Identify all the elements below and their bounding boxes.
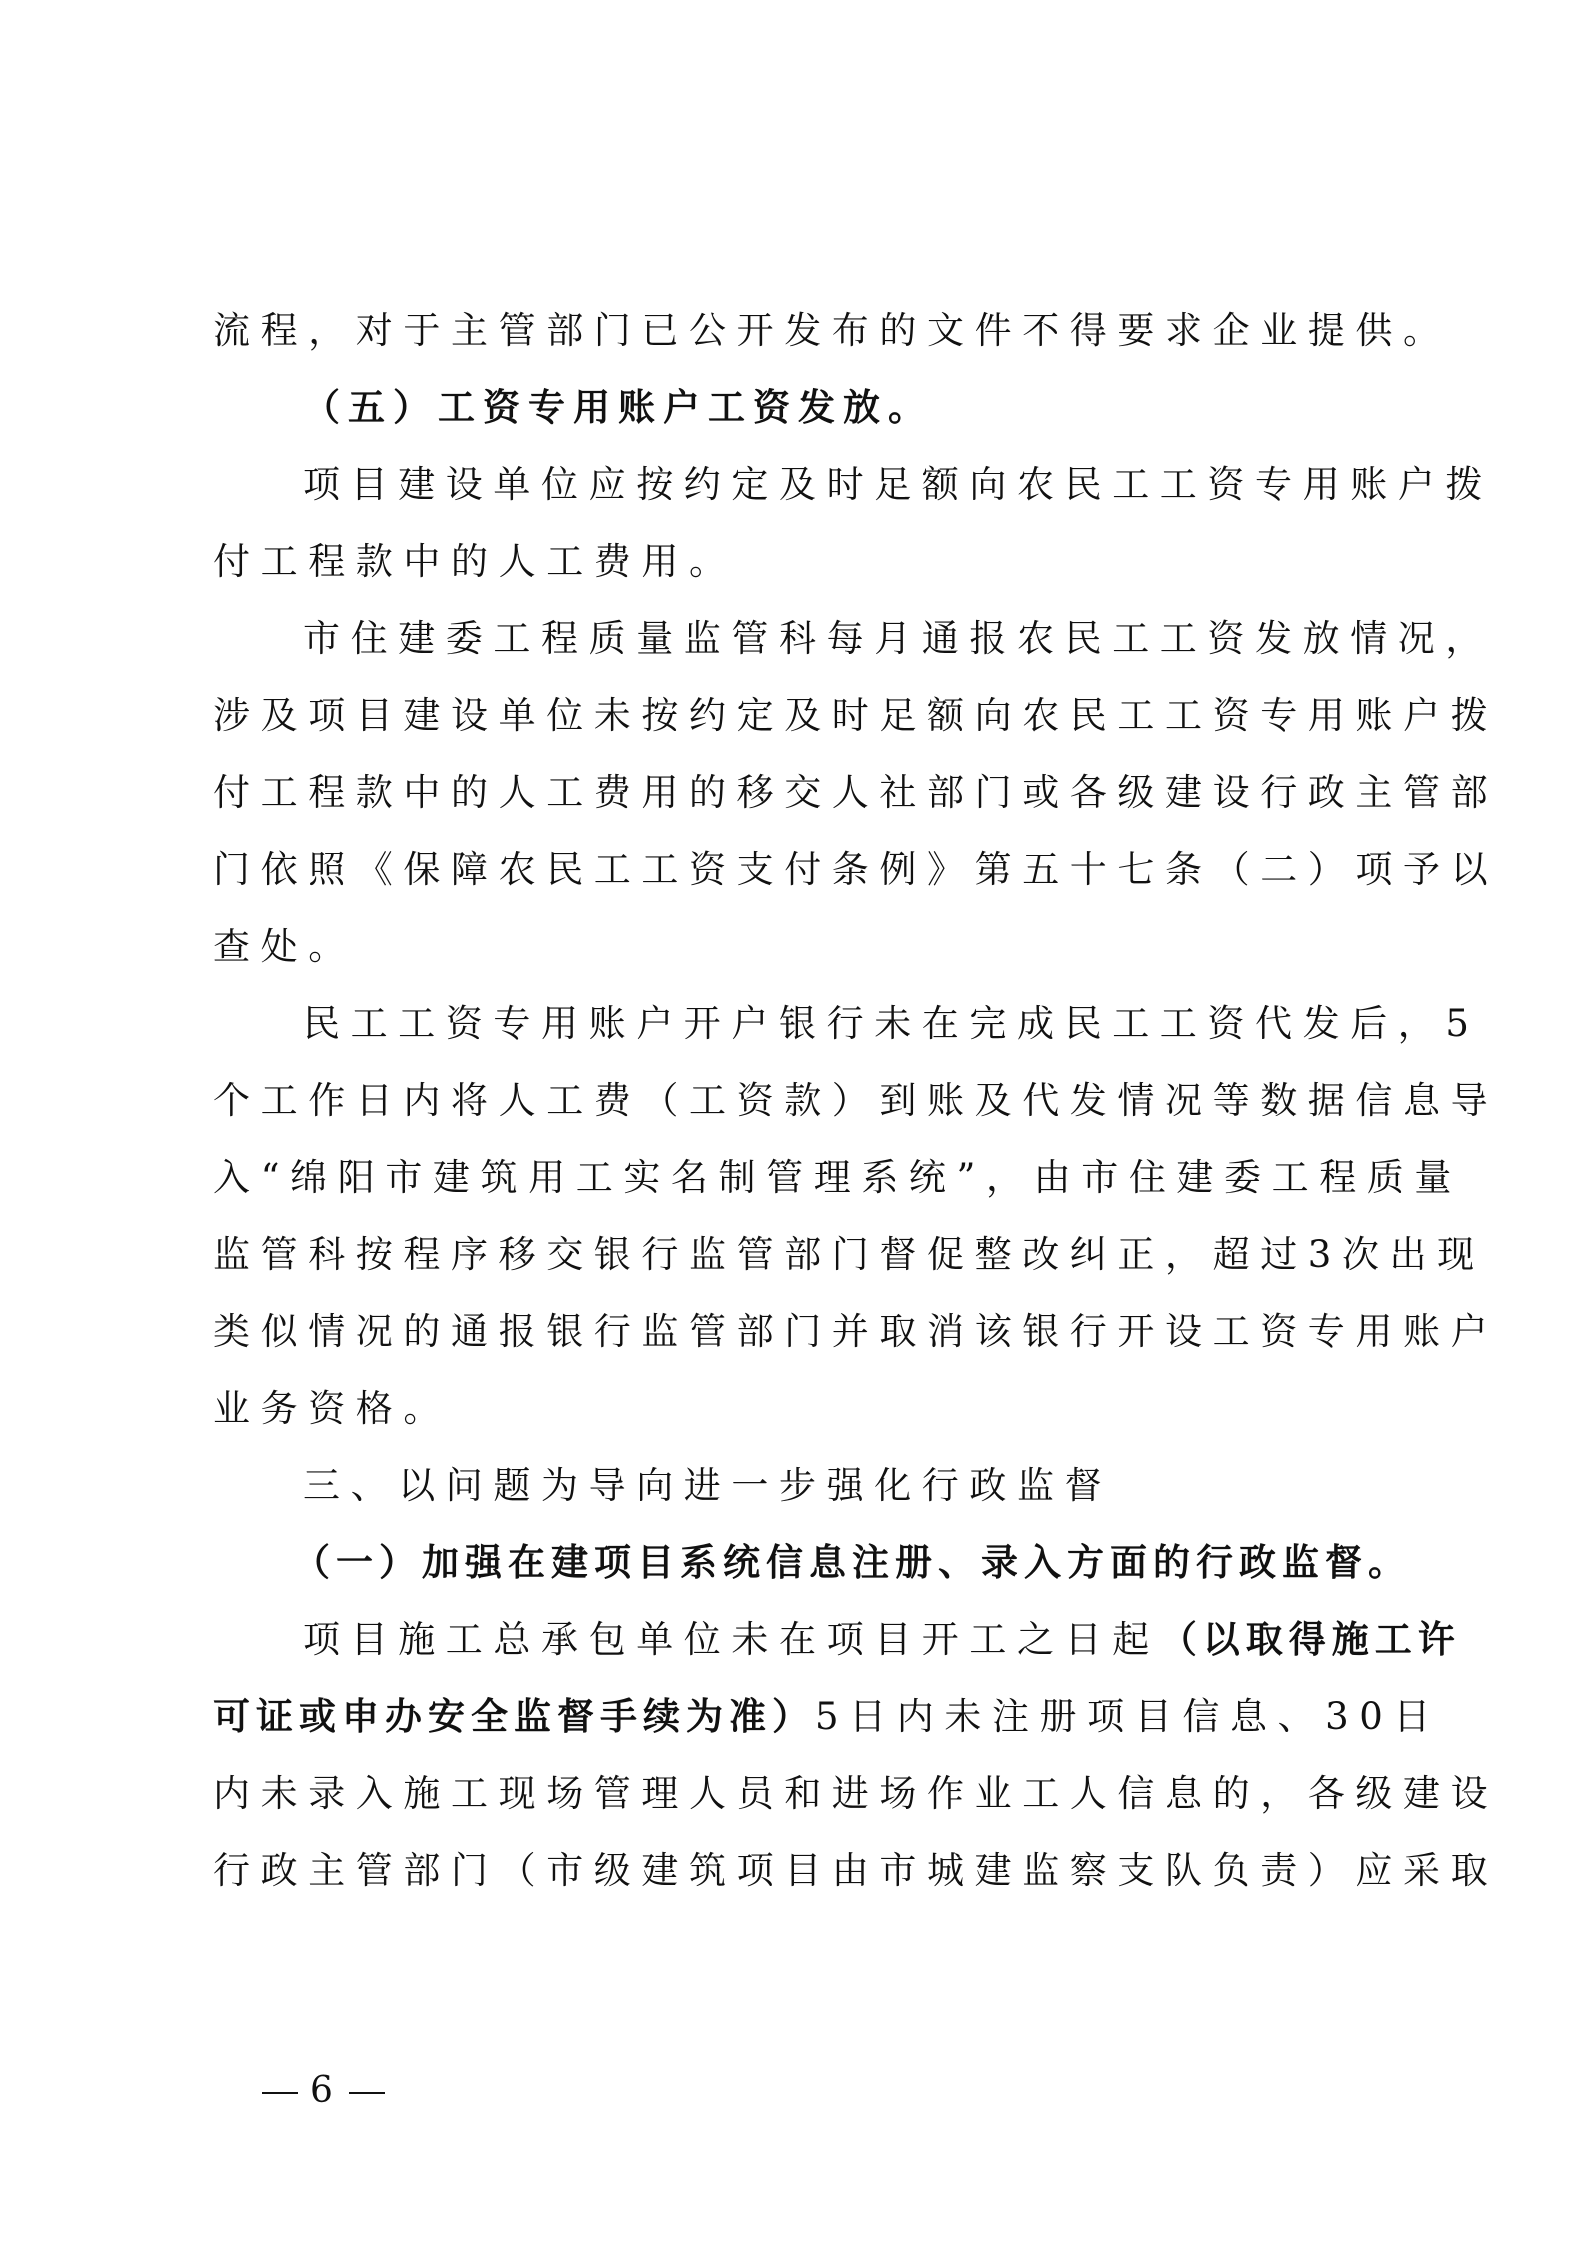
paragraph-line: 涉及项目建设单位未按约定及时足额向农民工工资专用账户拨 xyxy=(213,677,1383,754)
paragraph-line: 内未录入施工现场管理人员和进场作业工人信息的，各级建设 xyxy=(213,1755,1383,1832)
paragraph-line: 流程，对于主管部门已公开发布的文件不得要求企业提供。 xyxy=(213,292,1383,369)
section-heading-5: （五）工资专用账户工资发放。 xyxy=(213,369,1383,446)
dash-right xyxy=(349,2092,385,2094)
document-body: 流程，对于主管部门已公开发布的文件不得要求企业提供。 （五）工资专用账户工资发放… xyxy=(213,292,1383,1909)
normal-text: 5日内未注册项目信息、30日 xyxy=(815,1695,1441,1738)
paragraph-line: 行政主管部门（市级建筑项目由市城建监察支队负责）应采取 xyxy=(213,1832,1383,1909)
paragraph-line: 监管科按程序移交银行监管部门督促整改纠正，超过3次出现 xyxy=(213,1216,1383,1293)
paragraph-line: 入“绵阳市建筑用工实名制管理系统”，由市住建委工程质量 xyxy=(213,1139,1383,1216)
paragraph-line: 付工程款中的人工费用的移交人社部门或各级建设行政主管部 xyxy=(213,754,1383,831)
normal-text: 项目施工总承包单位未在项目开工之日起 xyxy=(303,1618,1160,1661)
paragraph-line-mixed: 可证或申办安全监督手续为准）5日内未注册项目信息、30日 xyxy=(213,1678,1383,1755)
page-number: 6 xyxy=(310,2070,337,2111)
section-heading-1: （一）加强在建项目系统信息注册、录入方面的行政监督。 xyxy=(213,1524,1383,1601)
paragraph-line: 付工程款中的人工费用。 xyxy=(213,523,1383,600)
paragraph-line: 类似情况的通报银行监管部门并取消该银行开设工资专用账户 xyxy=(213,1293,1383,1370)
paragraph-line-mixed: 项目施工总承包单位未在项目开工之日起（以取得施工许 xyxy=(213,1601,1383,1678)
paragraph-line: 查处。 xyxy=(213,908,1383,985)
paragraph-line: 民工工资专用账户开户银行未在完成民工工资代发后，5 xyxy=(213,985,1383,1062)
page-footer: 6 xyxy=(250,2070,397,2111)
paragraph-line: 业务资格。 xyxy=(213,1370,1383,1447)
dash-left xyxy=(262,2092,298,2094)
paragraph-line: 个工作日内将人工费（工资款）到账及代发情况等数据信息导 xyxy=(213,1062,1383,1139)
paragraph-line: 门依照《保障农民工工资支付条例》第五十七条（二）项予以 xyxy=(213,831,1383,908)
bold-text: 可证或申办安全监督手续为准） xyxy=(213,1695,815,1738)
bold-text: （以取得施工许 xyxy=(1160,1618,1461,1661)
paragraph-line: 项目建设单位应按约定及时足额向农民工工资专用账户拨 xyxy=(213,446,1383,523)
paragraph-line: 市住建委工程质量监管科每月通报农民工工资发放情况， xyxy=(213,600,1383,677)
chapter-heading-3: 三、以问题为导向进一步强化行政监督 xyxy=(213,1447,1383,1524)
